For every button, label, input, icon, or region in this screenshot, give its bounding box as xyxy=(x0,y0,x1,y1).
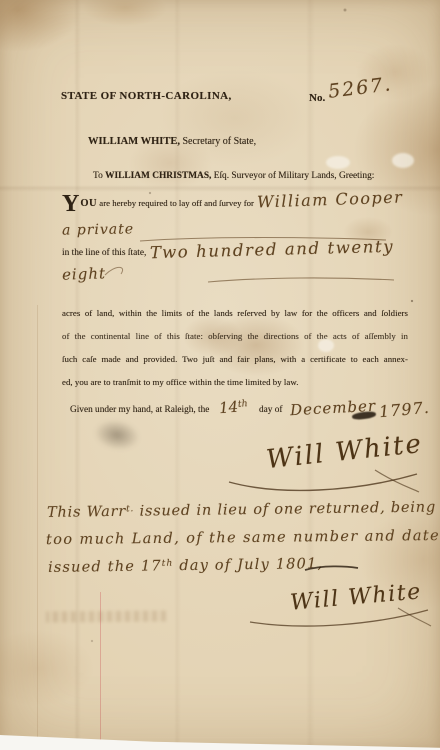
margin-line-faint xyxy=(37,305,38,741)
damage-spot xyxy=(318,339,334,352)
grantee-name: William Cooper xyxy=(257,187,404,211)
scan-background: STATE OF NORTH-CAROLINA, No. 5267. WILLI… xyxy=(0,0,440,750)
damage-spot xyxy=(326,156,350,169)
opening-rest: are hereby required to lay off and ſurve… xyxy=(97,198,254,208)
paragraph-line: of the continental line of this ſtate: o… xyxy=(62,331,408,341)
acreage-words-2: eight xyxy=(62,264,107,284)
dateline-prefix: Given under my hand, at Raleigh, the xyxy=(70,405,209,415)
ink-smudge xyxy=(92,416,143,454)
postscript-line-1: This Warrt. issued in lieu of one return… xyxy=(47,499,440,521)
postscript-line-2: too much Land, of the same number and da… xyxy=(46,528,440,548)
state-title: STATE OF NORTH-CAROLINA, xyxy=(61,90,232,102)
margin-line-red xyxy=(100,592,101,741)
addressee-name: WILLIAM CHRISTMAS, xyxy=(105,171,211,181)
acreage-flourish xyxy=(103,263,137,279)
damage-spot xyxy=(392,153,414,168)
opening-line: YOU are hereby required to lay off and ſ… xyxy=(62,197,254,211)
secretary-line: WILLIAM WHITE, Secretary of State, xyxy=(88,136,256,147)
dateline-day: 14th xyxy=(218,397,248,417)
warrant-number-value: 5267. xyxy=(327,73,394,103)
addressee-intro: To xyxy=(93,171,105,181)
signature-2-flourish xyxy=(248,606,434,632)
secretary-title: Secretary of State, xyxy=(180,136,256,147)
dateline-year: 1797. xyxy=(378,398,430,421)
postscript-line-3: issued the 17th day of July 1801, xyxy=(48,556,323,576)
grantee-rank: a private xyxy=(62,221,134,238)
bleedthrough-text xyxy=(46,610,166,622)
addressee-rest: Eſq. Surveyor of Military Lands, Greetin… xyxy=(211,171,374,181)
drop-cap: Y xyxy=(62,191,80,217)
secretary-name: WILLIAM WHITE, xyxy=(88,136,180,147)
warrant-document: STATE OF NORTH-CAROLINA, No. 5267. WILLI… xyxy=(0,0,440,750)
postscript-dash xyxy=(303,562,361,576)
signature-1-flourish xyxy=(225,468,423,498)
paragraph-line: ſuch caſe made and provided. Two juſt an… xyxy=(62,354,408,364)
paper-texture-overlay xyxy=(0,0,440,750)
state-line-label: in the line of this ſtate, xyxy=(62,248,146,258)
addressee-line: To WILLIAM CHRISTMAS, Eſq. Surveyor of M… xyxy=(93,171,374,181)
ruled-line-2 xyxy=(206,274,398,286)
paragraph-line: acres of land, within the limits of the … xyxy=(62,308,408,318)
warrant-number-label: No. xyxy=(309,92,325,104)
dateline-dayof: day of xyxy=(259,405,283,415)
opening-caps: OU xyxy=(80,198,97,209)
paragraph-line: ed, you are to tranſmit to my office wit… xyxy=(62,377,408,387)
